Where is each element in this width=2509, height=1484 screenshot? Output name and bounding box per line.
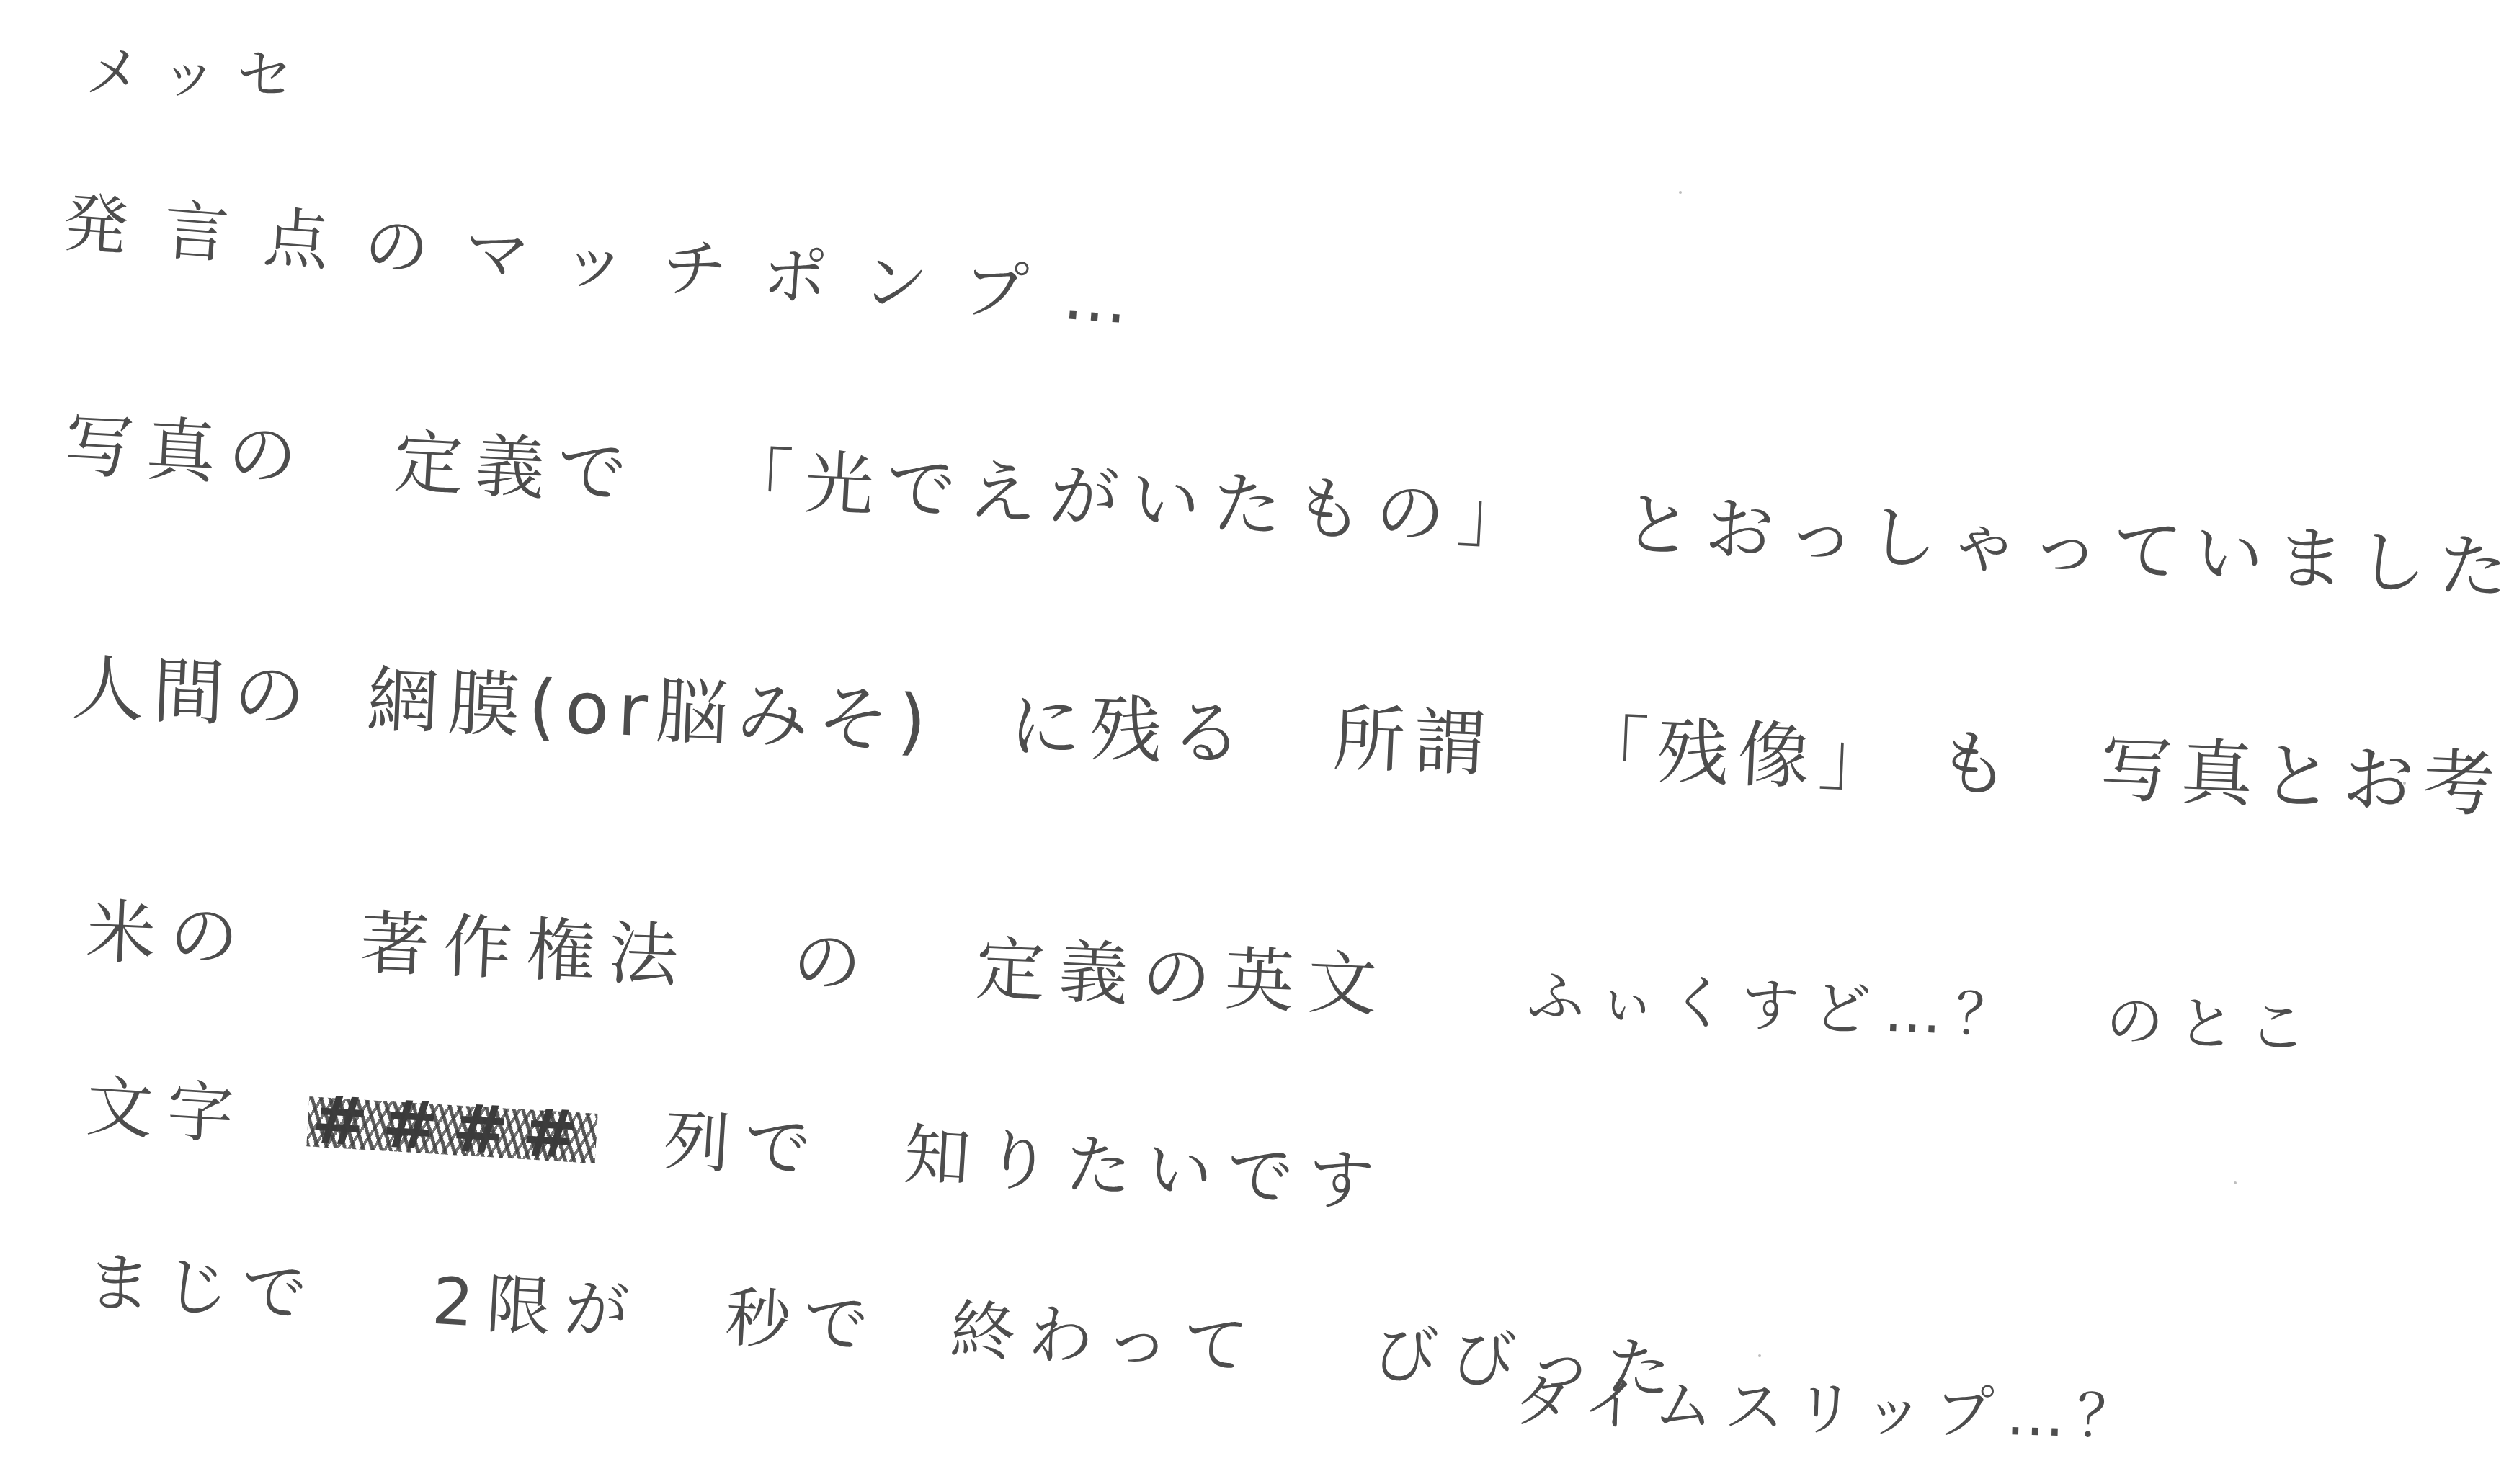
scribbled-out-word: ####: [311, 1087, 594, 1170]
scan-speck: [1758, 1354, 1761, 1357]
note-line-time-slip: タイムスリップ…？: [1512, 1372, 2149, 1448]
note-line-second-period: まじで 2限が 秒で 終わって びびった: [84, 1250, 1685, 1404]
note-line-match-pump: 発言点のマッチポンプ…: [61, 191, 1166, 336]
note-line-photo-definition: 写真の 定義で 「光でえがいたもの」 とおっしゃっていましたが: [63, 411, 2509, 608]
scan-speck: [2403, 782, 2406, 785]
note-segment: 2限が: [430, 1269, 643, 1346]
note-segment: 文字: [84, 1073, 250, 1149]
note-segment: 人間の: [71, 652, 316, 733]
note-line-string-request: 文字 #### 列で 知りたいです: [84, 1073, 1390, 1217]
note-segment: ふぃくすど…？: [1526, 967, 2028, 1046]
note-segment: 米の: [85, 897, 254, 973]
note-segment: 終わって: [949, 1298, 1262, 1380]
note-segment: まじで: [84, 1250, 321, 1328]
note-segment: 秒で: [724, 1286, 883, 1359]
note-segment: 写真の: [63, 411, 311, 492]
note-segment: 知りたいです: [902, 1122, 1391, 1217]
handwritten-note-page: メッセ 発言点のマッチポンプ… 写真の 定義で 「光でえがいたもの」 とおっしゃ…: [0, 0, 2509, 1484]
note-segment: 網膜(or脳みそ): [365, 663, 936, 759]
note-segment: のとこ: [2105, 992, 2322, 1058]
note-quote-light: 「光でえがいたもの」: [722, 444, 1541, 554]
note-segment: の: [791, 926, 877, 999]
note-segment: 著作権法: [359, 908, 693, 991]
note-segment: 写真とお考えですか？: [2099, 733, 2509, 838]
note-segment: とおっしゃっていましたが: [1622, 490, 2509, 609]
note-segment: も: [1936, 727, 2020, 802]
scan-speck: [1679, 191, 1682, 194]
note-line-text: タイムスリップ…？: [1512, 1367, 2149, 1452]
scan-speck: [2234, 1181, 2237, 1184]
note-line-copyright-law: 米の 著作権法 の 定義の英文 ふぃくすど…？ のとこ: [85, 897, 2322, 1060]
note-title-text: メッセ: [84, 40, 313, 109]
note-quote-afterimage: 「残像」: [1575, 712, 1901, 797]
note-segment: 定義の英文: [974, 934, 1392, 1021]
note-line-afterimage-question: 人間の 網膜(or脳みそ) に残る 所謂 「残像」 も 写真とお考えですか？: [71, 652, 2509, 838]
note-segment: 所謂: [1332, 702, 1496, 781]
note-line-text: 発言点のマッチポンプ…: [61, 185, 1166, 341]
note-segment: 定義で: [393, 427, 641, 509]
note-segment: に残る: [1008, 689, 1253, 771]
note-title: メッセ: [84, 45, 313, 105]
note-segment: 列で: [662, 1108, 828, 1184]
